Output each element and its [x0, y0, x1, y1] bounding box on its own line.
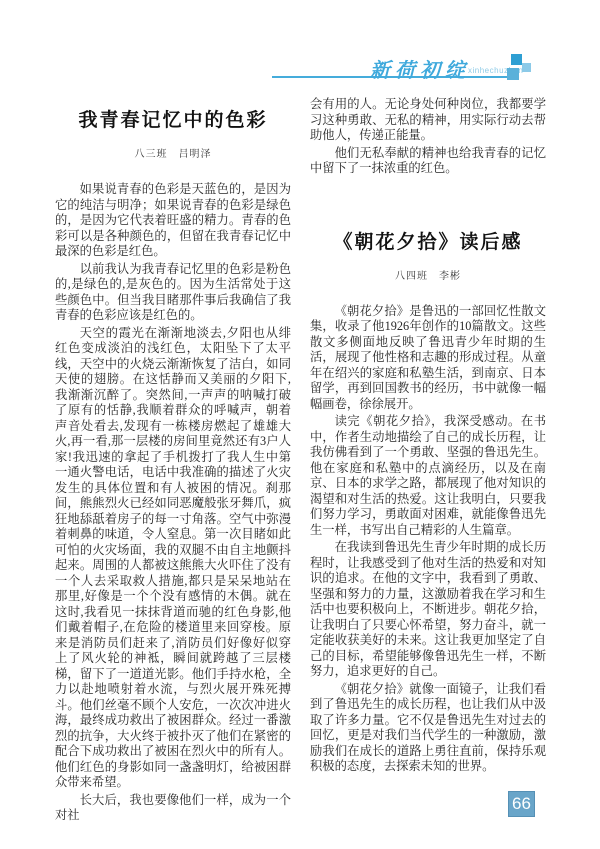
square-icon [522, 63, 531, 72]
page-number: 66 [512, 794, 531, 814]
paragraph: 天空的霞光在渐渐地淡去,夕阳也从绯红色变成淡泊的浅红色，太阳坠下了太平线，天空中… [55, 326, 291, 791]
article2-body: 《朝花夕拾》是鲁迅的一部回忆性散文集，收录了他1926年创作的10篇散文。这些散… [310, 304, 546, 775]
paragraph: 会有用的人。无论身处何种岗位，我都要学习这种勇敢、无私的精神，用实际行动去帮助他… [310, 97, 546, 144]
magazine-page: 新荷初绽 xinhechuzhan 我青春记忆中的色彩 八三班 吕明泽 如果说青… [0, 0, 600, 849]
paragraph: 他们无私奉献的精神也给我青春的记忆中留下了一抹浓重的红色。 [310, 146, 546, 177]
paragraph: 如果说青春的色彩是天蓝色的，是因为它的纯洁与明净；如果说青春的色彩是绿色的，是因… [55, 182, 291, 260]
right-column: 会有用的人。无论身处何种岗位，我都要学习这种勇敢、无私的精神，用实际行动去帮助他… [310, 97, 546, 777]
page-number-badge: 66 [508, 791, 535, 817]
squares-decoration-icon [507, 54, 533, 82]
article2-byline: 八四班 李彬 [310, 267, 546, 282]
square-icon [511, 54, 522, 65]
left-column: 我青春记忆中的色彩 八三班 吕明泽 如果说青春的色彩是天蓝色的，是因为它的纯洁与… [55, 97, 291, 826]
paragraph: 《朝花夕拾》就像一面镜子，让我们看到了鲁迅先生的成长历程，也让我们从中汲取了许多… [310, 682, 546, 775]
article1-continuation: 会有用的人。无论身处何种岗位，我都要学习这种勇敢、无私的精神，用实际行动去帮助他… [310, 97, 546, 177]
article2-title: 《朝花夕拾》读后感 [310, 227, 546, 254]
article1-byline: 八三班 吕明泽 [55, 145, 291, 160]
paragraph: 长大后，我也要像他们一样，成为一个对社 [55, 793, 291, 824]
section-title: 新荷初绽 [370, 54, 470, 83]
article1-title: 我青春记忆中的色彩 [55, 105, 291, 132]
paragraph: 读完《朝花夕拾》，我深受感动。在书中，作者生动地描绘了自己的成长历程，让我仿佛看… [310, 414, 546, 538]
square-icon [507, 68, 519, 80]
article1-body: 如果说青春的色彩是天蓝色的，是因为它的纯洁与明净；如果说青春的色彩是绿色的，是因… [55, 182, 291, 824]
paragraph: 以前我认为我青春记忆里的色彩是粉色的,是绿色的,是灰色的。因为生活常处于这些颜色… [55, 262, 291, 324]
paragraph: 在我读到鲁迅先生青少年时期的成长历程时，让我感受到了他对生活的热爱和对知识的追求… [310, 540, 546, 680]
paragraph: 《朝花夕拾》是鲁迅的一部回忆性散文集，收录了他1926年创作的10篇散文。这些散… [310, 304, 546, 413]
